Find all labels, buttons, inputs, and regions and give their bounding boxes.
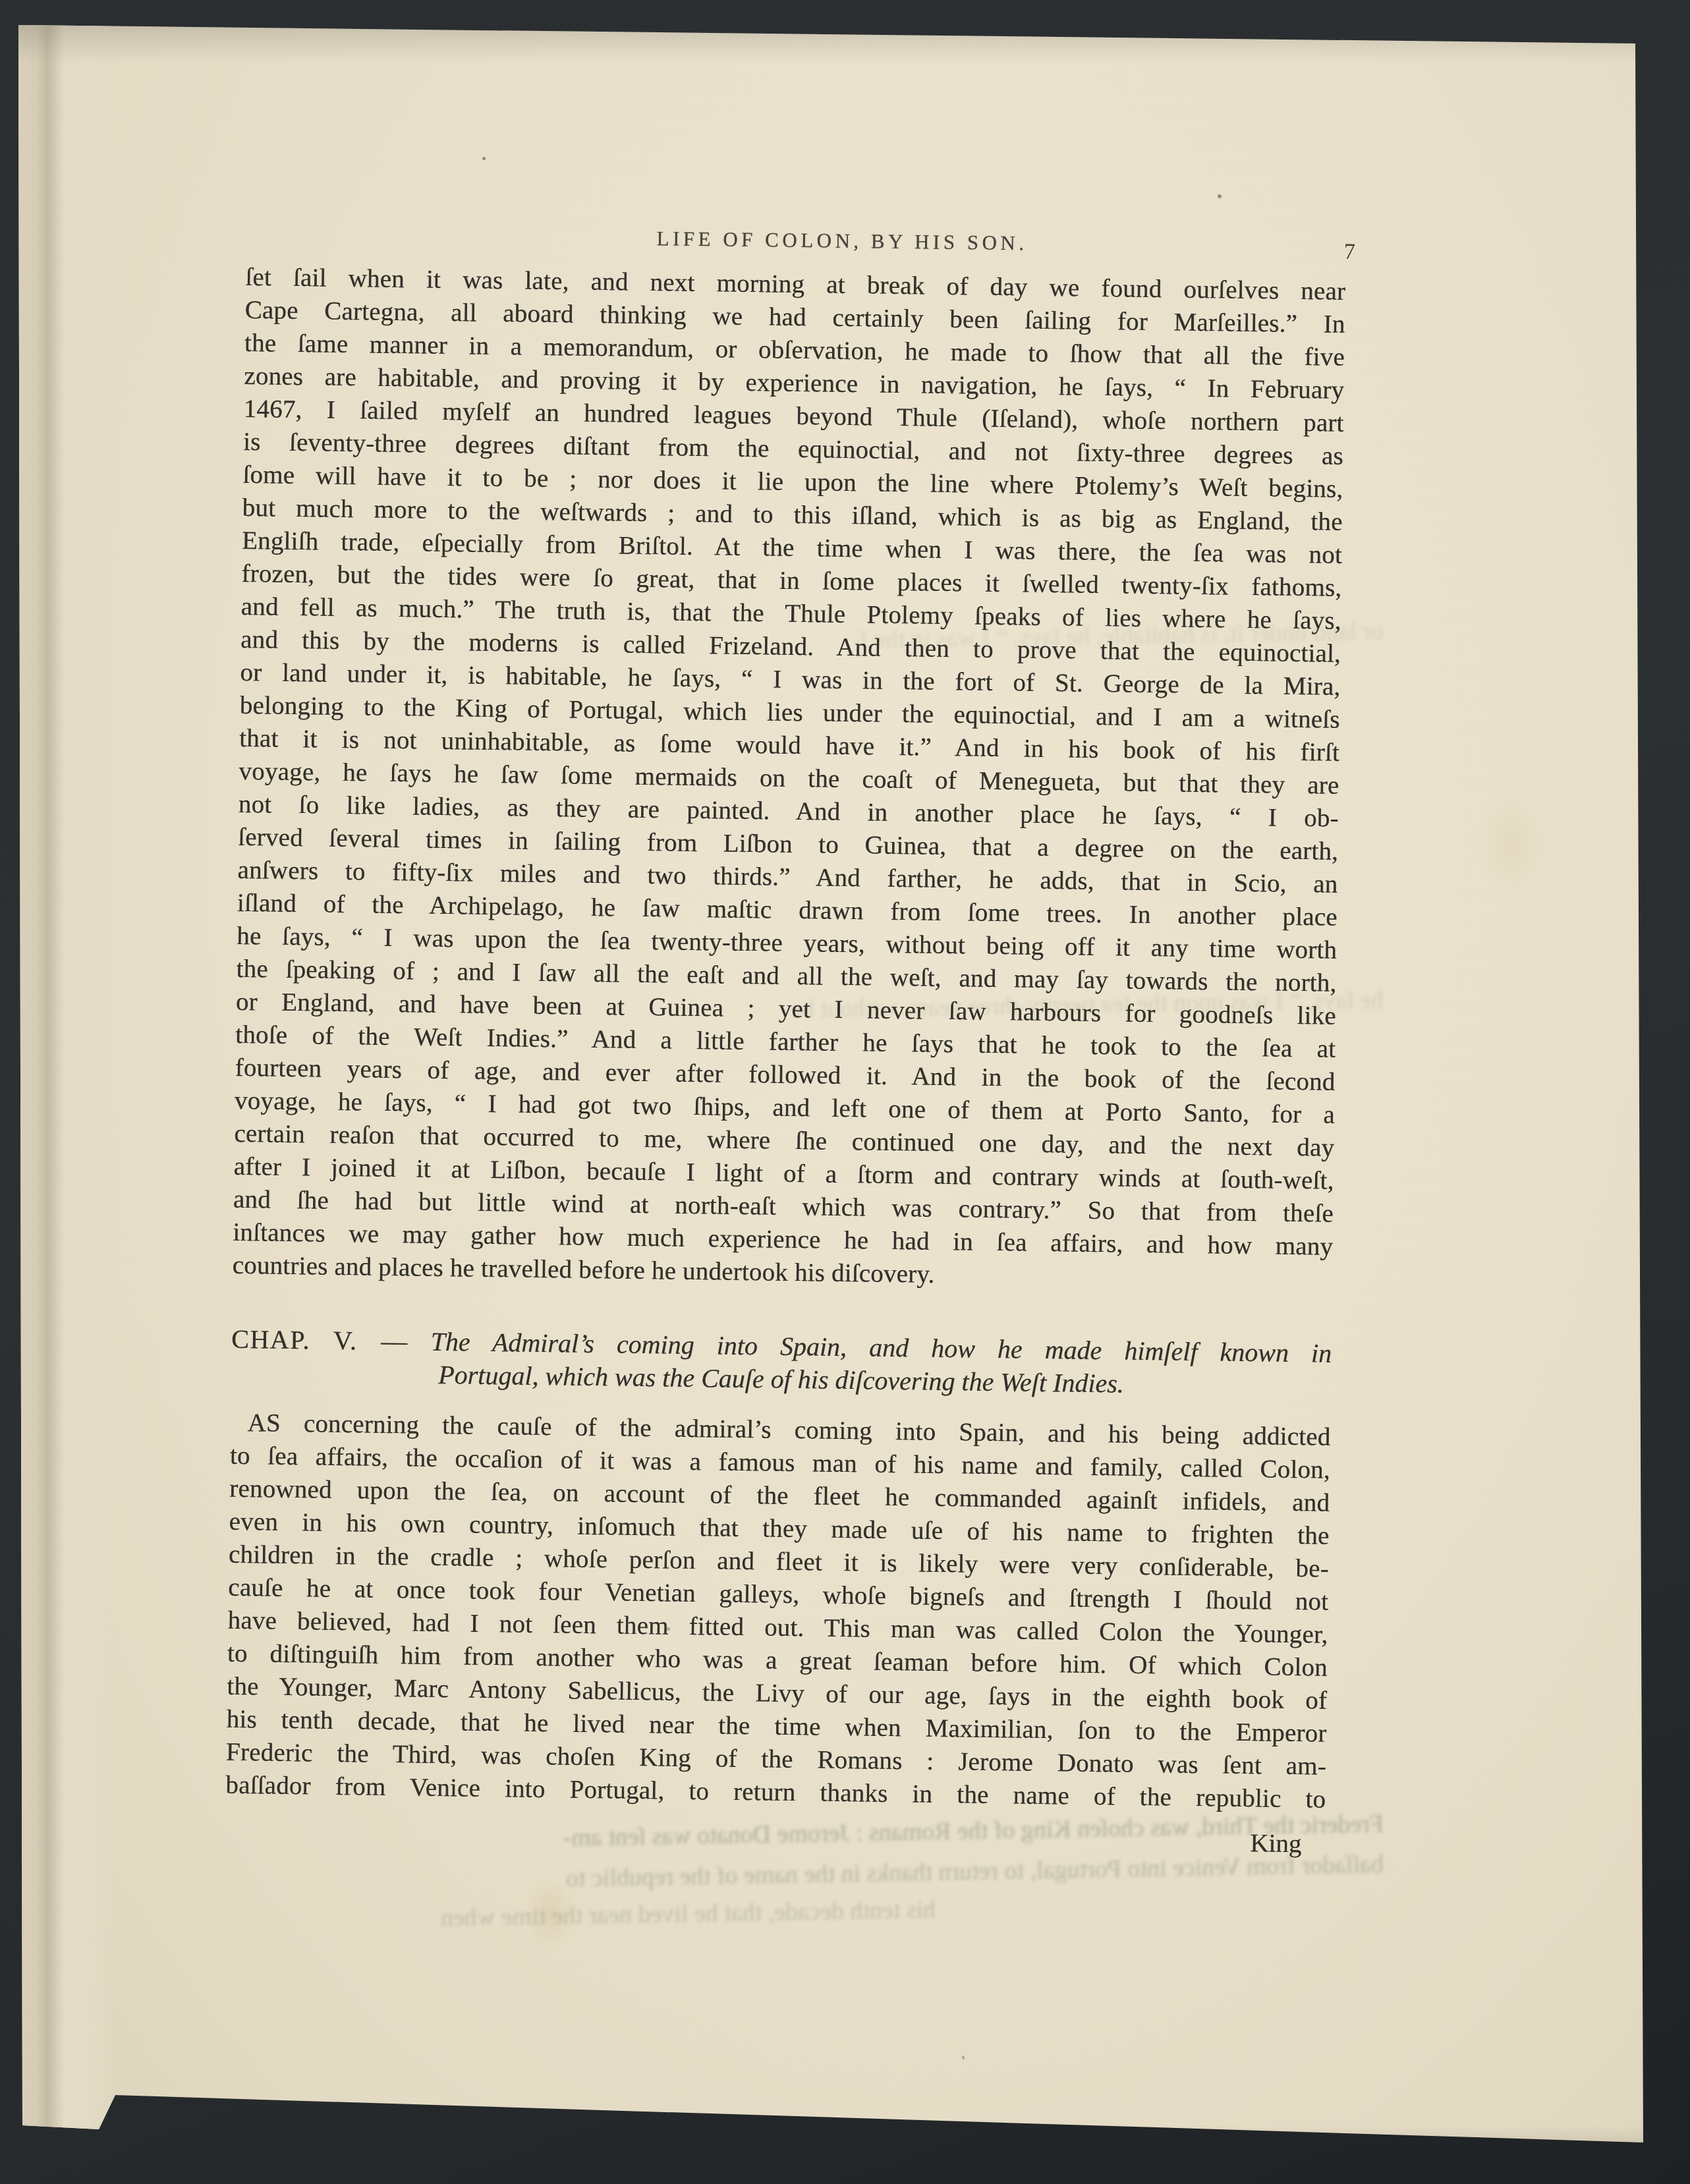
chapter-heading: CHAP. V. — The Admiral’s coming into Spa…	[231, 1323, 1332, 1403]
running-head: LIFE OF COLON, BY HIS SON. 7	[246, 192, 1347, 275]
catchword: King	[1250, 1829, 1302, 1858]
book-page: Frederic the Third, was choſen King of t…	[0, 0, 1690, 2184]
paragraph-1: ſet ſail when it was late, and next morn…	[232, 261, 1345, 1297]
chapter-number-label: CHAP. V. —	[231, 1324, 408, 1357]
paper-speck	[962, 2056, 965, 2059]
paragraph-2: AS concerning the cauſe of the admiral’s…	[225, 1407, 1331, 1816]
paper-speck	[482, 157, 486, 160]
page-number: 7	[1344, 240, 1355, 265]
scan-background: Frederic the Third, was choſen King of t…	[0, 0, 1690, 2184]
paper-speck	[1218, 194, 1222, 198]
page-content: LIFE OF COLON, BY HIS SON. 7 ſet ſail wh…	[225, 192, 1347, 1859]
